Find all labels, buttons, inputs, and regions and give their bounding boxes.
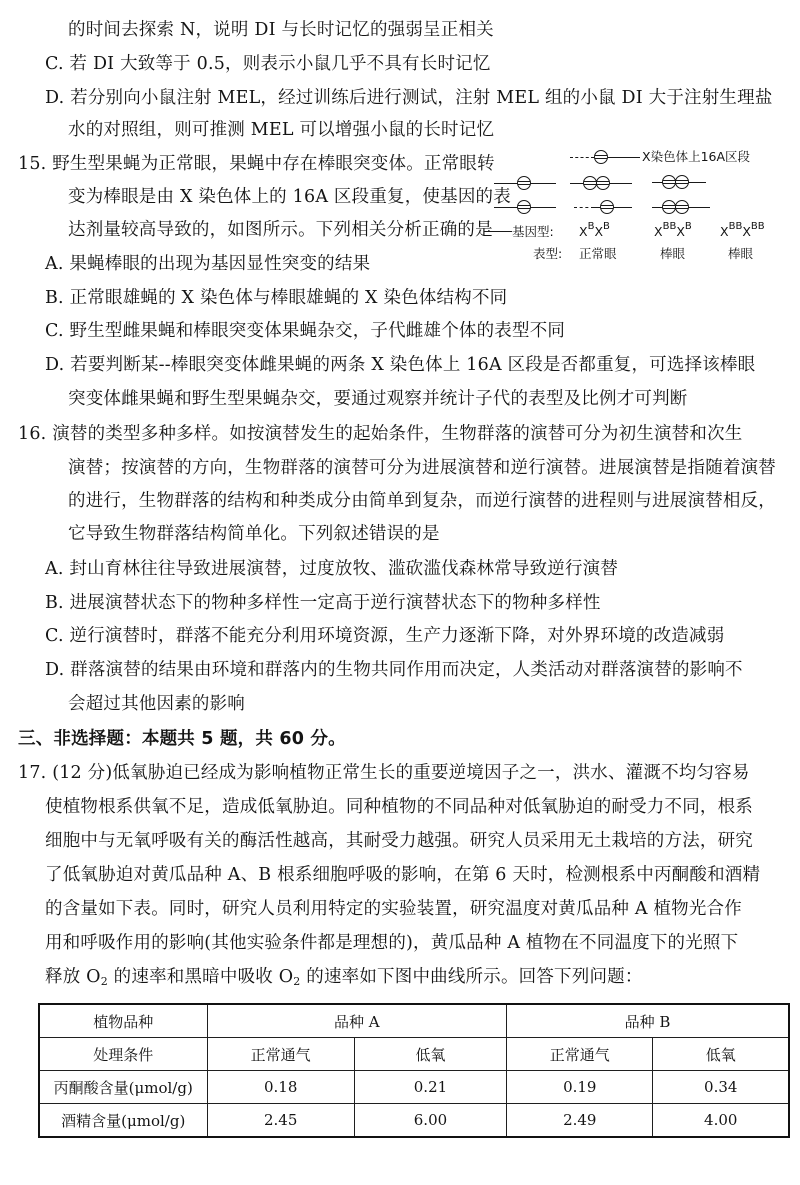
chromosome-dash <box>570 157 594 158</box>
table-cell: 0.34 <box>653 1071 789 1104</box>
q14-option-d: D. 若分别向小鼠注射 MEL，经过训练后进行测试，注射 MEL 组的小鼠 DI… <box>45 86 773 110</box>
q16-stem-line2: 演替；按演替的方向，生物群落的演替可分为进展演替和逆行演替。进展演替是指随着演替 <box>68 456 776 480</box>
q17-stem-line4: 了低氧胁迫对黄瓜品种 A、B 根系细胞呼吸的影响，在第 6 天时，检测根系中丙酮… <box>45 863 760 887</box>
q16-option-a: A. 封山育林往往导致进展演替，过度放牧、滥砍滥伐森林常导致逆行演替 <box>45 557 618 581</box>
phenotype-label: 表型: <box>533 247 562 261</box>
genotype-label: 基因型: <box>512 225 554 239</box>
table-row-label: 丙酮酸含量(μmol/g) <box>39 1071 207 1104</box>
q15-stem-line2: 变为棒眼是由 X 染色体上的 16A 区段重复，使基因的表 <box>68 185 511 209</box>
table-row: 酒精含量(μmol/g) 2.45 6.00 2.49 4.00 <box>39 1104 789 1138</box>
table-cell: 2.45 <box>207 1104 354 1138</box>
q14-option-c: C. 若 DI 大致等于 0.5，则表示小鼠几乎不具有长时记忆 <box>45 52 491 76</box>
segment-16a-icon <box>675 200 689 214</box>
phenotype-2: 棒眼 <box>660 247 685 261</box>
q17-stem-line3: 细胞中与无氧呼吸有关的酶活性越高，其耐受力越强。研究人员采用无土栽培的方法，研究 <box>45 829 753 853</box>
q15-option-c: C. 野生型雌果蝇和棒眼突变体果蝇杂交，子代雌雄个体的表型不同 <box>45 319 565 343</box>
genotype-1: XBXB <box>579 225 610 239</box>
q15-stem-line1: 15. 野生型果蝇为正常眼，果蝇中存在棒眼突变体。正常眼转 <box>18 152 495 176</box>
q16-option-d-continuation: 会超过其他因素的影响 <box>68 692 245 716</box>
pointer-line <box>484 231 512 232</box>
segment-16a-icon <box>594 150 608 164</box>
phenotype-3: 棒眼 <box>728 247 753 261</box>
table-cell: 0.21 <box>354 1071 506 1104</box>
q16-stem-line3: 的进行，生物群落的结构和种类成分由简单到复杂，而逆行演替的进程则与进展演替相反， <box>68 489 776 513</box>
q17-stem-line5: 的含量如下表。同时，研究人员利用特定的实验装置，研究温度对黄瓜品种 A 植物光合… <box>45 897 742 921</box>
q15-option-a: A. 果蝇棒眼的出现为基因显性突变的结果 <box>45 252 370 276</box>
table-row-label: 酒精含量(μmol/g) <box>39 1104 207 1138</box>
q15-stem-line3: 达剂量较高导致的，如图所示。下列相关分析正确的是 <box>68 218 493 242</box>
table-header-cell: 正常通气 <box>207 1038 354 1071</box>
table-header-cell: 品种 B <box>507 1004 789 1038</box>
q15-option-d-continuation: 突变体雌果蝇和野生型果蝇杂交，要通过观察并统计子代的表型及比例才可判断 <box>68 387 688 411</box>
segment-16a-icon <box>583 176 597 190</box>
table-row: 丙酮酸含量(μmol/g) 0.18 0.21 0.19 0.34 <box>39 1071 789 1104</box>
section-header: 三、非选择题：本题共 5 题，共 60 分。 <box>18 727 346 751</box>
segment-16a-icon <box>662 175 676 189</box>
segment-16a-icon <box>662 200 676 214</box>
segment-16a-icon <box>517 176 531 190</box>
table-cell: 0.18 <box>207 1071 354 1104</box>
q17-stem-line7: 释放 O2 的速率和黑暗中吸收 O2 的速率如下图中曲线所示。回答下列问题： <box>45 965 643 989</box>
table-cell: 0.19 <box>507 1071 653 1104</box>
segment-16a-icon <box>675 175 689 189</box>
chromosome-diagram: X染色体上16A区段 基因型: XBXB XBBXB XBBXBB 表型: 正常… <box>490 145 800 265</box>
segment-16a-icon <box>517 200 531 214</box>
q16-stem-line4: 它导致生物群落结构简单化。下列叙述错误的是 <box>68 522 440 546</box>
q16-option-d: D. 群落演替的结果由环境和群落内的生物共同作用而决定，人类活动对群落演替的影响… <box>45 658 743 682</box>
table-cell: 2.49 <box>507 1104 653 1138</box>
segment-16a-icon <box>596 176 610 190</box>
table-header-cell: 植物品种 <box>39 1004 207 1038</box>
q16-stem-line1: 16. 演替的类型多种多样。如按演替发生的起始条件，生物群落的演替可分为初生演替… <box>18 422 743 446</box>
table-header-row: 处理条件 正常通气 低氧 正常通气 低氧 <box>39 1038 789 1071</box>
table-header-row: 植物品种 品种 A 品种 B <box>39 1004 789 1038</box>
table-cell: 4.00 <box>653 1104 789 1138</box>
table-header-cell: 低氧 <box>653 1038 789 1071</box>
segment-16a-icon <box>600 200 614 214</box>
q15-option-d: D. 若要判断某--棒眼突变体雌果蝇的两条 X 染色体上 16A 区段是否都重复… <box>45 353 755 377</box>
q15-option-b: B. 正常眼雄蝇的 X 染色体与棒眼雄蝇的 X 染色体结构不同 <box>45 286 507 310</box>
table-header-cell: 处理条件 <box>39 1038 207 1071</box>
q17-stem-line1: 17. (12 分)低氧胁迫已经成为影响植物正常生长的重要逆境因子之一，洪水、灌… <box>18 761 750 785</box>
q16-option-c: C. 逆行演替时，群落不能充分利用环境资源，生产力逐渐下降，对外界环境的改造减弱 <box>45 624 724 648</box>
phenotype-1: 正常眼 <box>579 247 617 261</box>
q17-stem-line2: 使植物根系供氧不足，造成低氧胁迫。同种植物的不同品种对低氧胁迫的耐受力不同，根系 <box>45 795 753 819</box>
diagram-legend: X染色体上16A区段 <box>642 150 750 164</box>
genotype-2: XBBXB <box>654 225 692 239</box>
genotype-3: XBBXBB <box>720 225 765 239</box>
table-cell: 6.00 <box>354 1104 506 1138</box>
q14-option-d-continuation: 水的对照组，则可推测 MEL 可以增强小鼠的长时记忆 <box>68 118 494 142</box>
table-header-cell: 品种 A <box>207 1004 507 1038</box>
chromosome-dash <box>574 207 594 208</box>
q16-option-b: B. 进展演替状态下的物种多样性一定高于逆行演替状态下的物种多样性 <box>45 591 601 615</box>
data-table: 植物品种 品种 A 品种 B 处理条件 正常通气 低氧 正常通气 低氧 丙酮酸含… <box>38 1003 790 1138</box>
q14-option-b-continuation: 的时间去探索 N，说明 DI 与长时记忆的强弱呈正相关 <box>68 18 494 42</box>
table-header-cell: 正常通气 <box>507 1038 653 1071</box>
q17-stem-line6: 用和呼吸作用的影响(其他实验条件都是理想的)，黄瓜品种 A 植物在不同温度下的光… <box>45 931 738 955</box>
table-header-cell: 低氧 <box>354 1038 506 1071</box>
chromosome-line <box>608 157 640 158</box>
